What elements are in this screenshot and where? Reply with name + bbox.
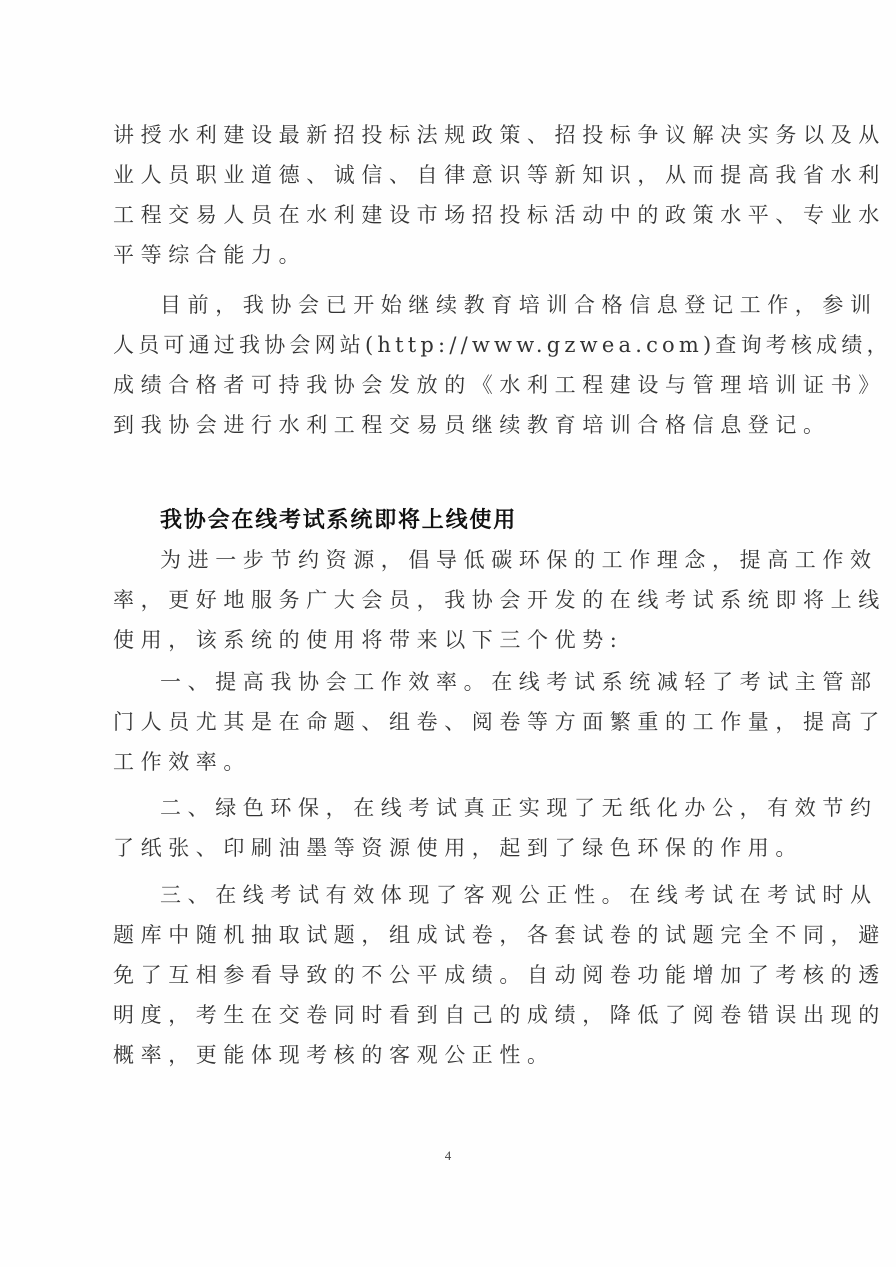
paragraph-line: 平等综合能力。 — [113, 235, 793, 275]
paragraph-line: 明度，考生在交卷同时看到自己的成绩，降低了阅卷错误出现的 — [113, 995, 793, 1035]
advantage-item-2: 二、绿色环保，在线考试真正实现了无纸化办公，有效节约 — [160, 788, 840, 828]
paragraph-line: 了纸张、印刷油墨等资源使用，起到了绿色环保的作用。 — [113, 828, 793, 868]
paragraph-line: 题库中随机抽取试题，组成试卷，各套试卷的试题完全不同，避 — [113, 915, 793, 955]
paragraph-line-with-website-link: 人员可通过我协会网站(http://www.gzwea.com)查询考核成绩， — [113, 325, 793, 365]
page-number: 4 — [440, 1148, 456, 1164]
paragraph-line: 概率，更能体现考核的客观公正性。 — [113, 1035, 793, 1075]
advantage-item-3: 三、在线考试有效体现了客观公正性。在线考试在考试时从 — [160, 875, 840, 915]
paragraph-line: 使用，该系统的使用将带来以下三个优势: — [113, 620, 793, 660]
paragraph-line: 免了互相参看导致的不公平成绩。自动阅卷功能增加了考核的透 — [113, 955, 793, 995]
paragraph-line: 工作效率。 — [113, 742, 793, 782]
paragraph-first-line: 为进一步节约资源，倡导低碳环保的工作理念，提高工作效 — [160, 540, 840, 580]
paragraph-line: 率，更好地服务广大会员，我协会开发的在线考试系统即将上线 — [113, 580, 793, 620]
paragraph-line: 业人员职业道德、诚信、自律意识等新知识，从而提高我省水利 — [113, 155, 793, 195]
section-heading: 我协会在线考试系统即将上线使用 — [160, 500, 517, 540]
paragraph-line: 门人员尤其是在命题、组卷、阅卷等方面繁重的工作量，提高了 — [113, 702, 793, 742]
paragraph-line: 工程交易人员在水利建设市场招投标活动中的政策水平、专业水 — [113, 195, 793, 235]
paragraph-line: 到我协会进行水利工程交易员继续教育培训合格信息登记。 — [113, 405, 793, 445]
paragraph-first-line: 目前，我协会已开始继续教育培训合格信息登记工作，参训 — [160, 285, 840, 325]
paragraph-line: 成绩合格者可持我协会发放的《水利工程建设与管理培训证书》 — [113, 365, 793, 405]
advantage-item-1: 一、提高我协会工作效率。在线考试系统减轻了考试主管部 — [160, 662, 840, 702]
document-page: 讲授水利建设最新招投标法规政策、招投标争议解决实务以及从 业人员职业道德、诚信、… — [0, 0, 896, 1267]
paragraph-line: 讲授水利建设最新招投标法规政策、招投标争议解决实务以及从 — [113, 115, 793, 155]
